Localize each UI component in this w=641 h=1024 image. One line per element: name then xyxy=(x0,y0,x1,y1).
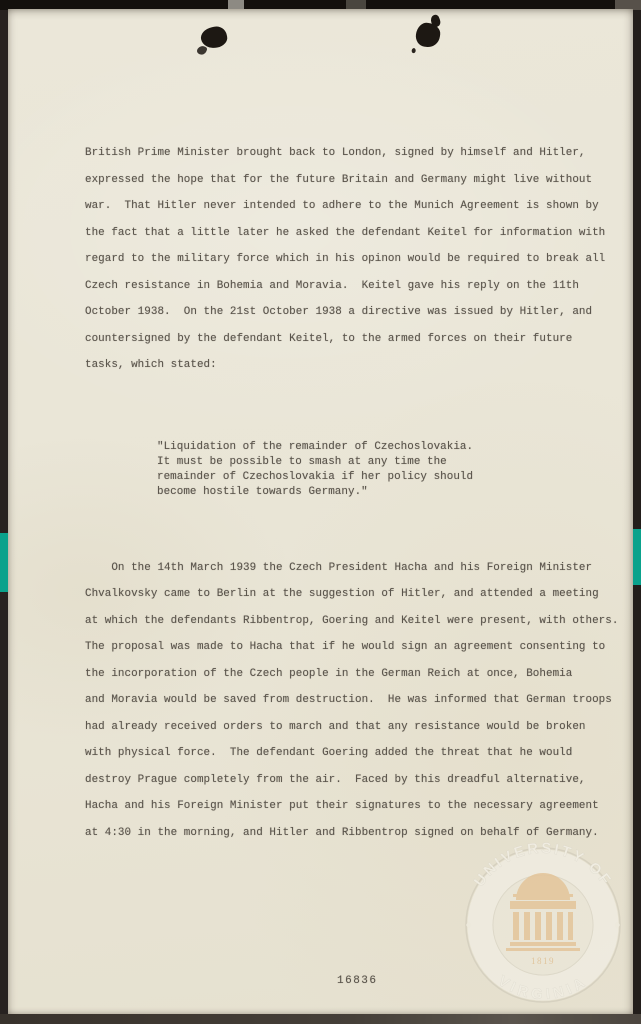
text-line: countersigned by the defendant Keitel, t… xyxy=(85,326,627,353)
text-line: become hostile towards Germany." xyxy=(157,485,627,500)
scanned-document-page: UNIVERSITY OF VIRGINIA xyxy=(0,0,641,1024)
text-line: British Prime Minister brought back to L… xyxy=(85,140,627,167)
text-line: war. That Hitler never intended to adher… xyxy=(85,193,627,220)
text-line: The proposal was made to Hacha that if h… xyxy=(85,634,627,661)
scan-edge-left xyxy=(0,0,8,1024)
text-line: It must be possible to smash at any time… xyxy=(157,455,627,470)
text-line: On the 14th March 1939 the Czech Preside… xyxy=(85,555,627,582)
text-line: destroy Prague completely from the air. … xyxy=(85,767,627,794)
teal-stripe-right xyxy=(632,529,641,585)
text-line: the incorporation of the Czech people in… xyxy=(85,661,627,688)
text-line: the fact that a little later he asked th… xyxy=(85,220,627,247)
text-line: Hacha and his Foreign Minister put their… xyxy=(85,793,627,820)
text-line: at which the defendants Ribbentrop, Goer… xyxy=(85,608,627,635)
typewritten-text: British Prime Minister brought back to L… xyxy=(85,87,627,899)
hole-punch-left xyxy=(199,25,229,51)
text-line: Czech resistance in Bohemia and Moravia.… xyxy=(85,273,627,300)
text-line: remainder of Czechoslovakia if her polic… xyxy=(157,470,627,485)
paragraph-1: British Prime Minister brought back to L… xyxy=(85,140,627,379)
text-line: October 1938. On the 21st October 1938 a… xyxy=(85,299,627,326)
text-line: had already received orders to march and… xyxy=(85,714,627,741)
text-line: with physical force. The defendant Goeri… xyxy=(85,740,627,767)
text-line: regard to the military force which in hi… xyxy=(85,246,627,273)
hole-punch-right xyxy=(414,21,441,48)
teal-stripe-left xyxy=(0,533,8,592)
paragraph-2: On the 14th March 1939 the Czech Preside… xyxy=(85,555,627,847)
text-line: tasks, which stated: xyxy=(85,352,627,379)
page-number: 16836 xyxy=(337,975,378,987)
scan-edge-right xyxy=(633,0,641,1024)
text-line: Chvalkovsky came to Berlin at the sugges… xyxy=(85,581,627,608)
text-line: expressed the hope that for the future B… xyxy=(85,167,627,194)
university-of-virginia-seal-watermark: UNIVERSITY OF VIRGINIA xyxy=(455,837,631,1013)
text-line: and Moravia would be saved from destruct… xyxy=(85,687,627,714)
seal-year: 1819 xyxy=(531,956,555,966)
scan-edge-bottom xyxy=(0,1014,641,1024)
text-line: "Liquidation of the remainder of Czechos… xyxy=(157,440,627,455)
quoted-directive-block: "Liquidation of the remainder of Czechos… xyxy=(157,440,627,501)
seal-graphic: UNIVERSITY OF VIRGINIA xyxy=(466,840,620,1004)
paper-sheet: UNIVERSITY OF VIRGINIA xyxy=(8,9,633,1014)
